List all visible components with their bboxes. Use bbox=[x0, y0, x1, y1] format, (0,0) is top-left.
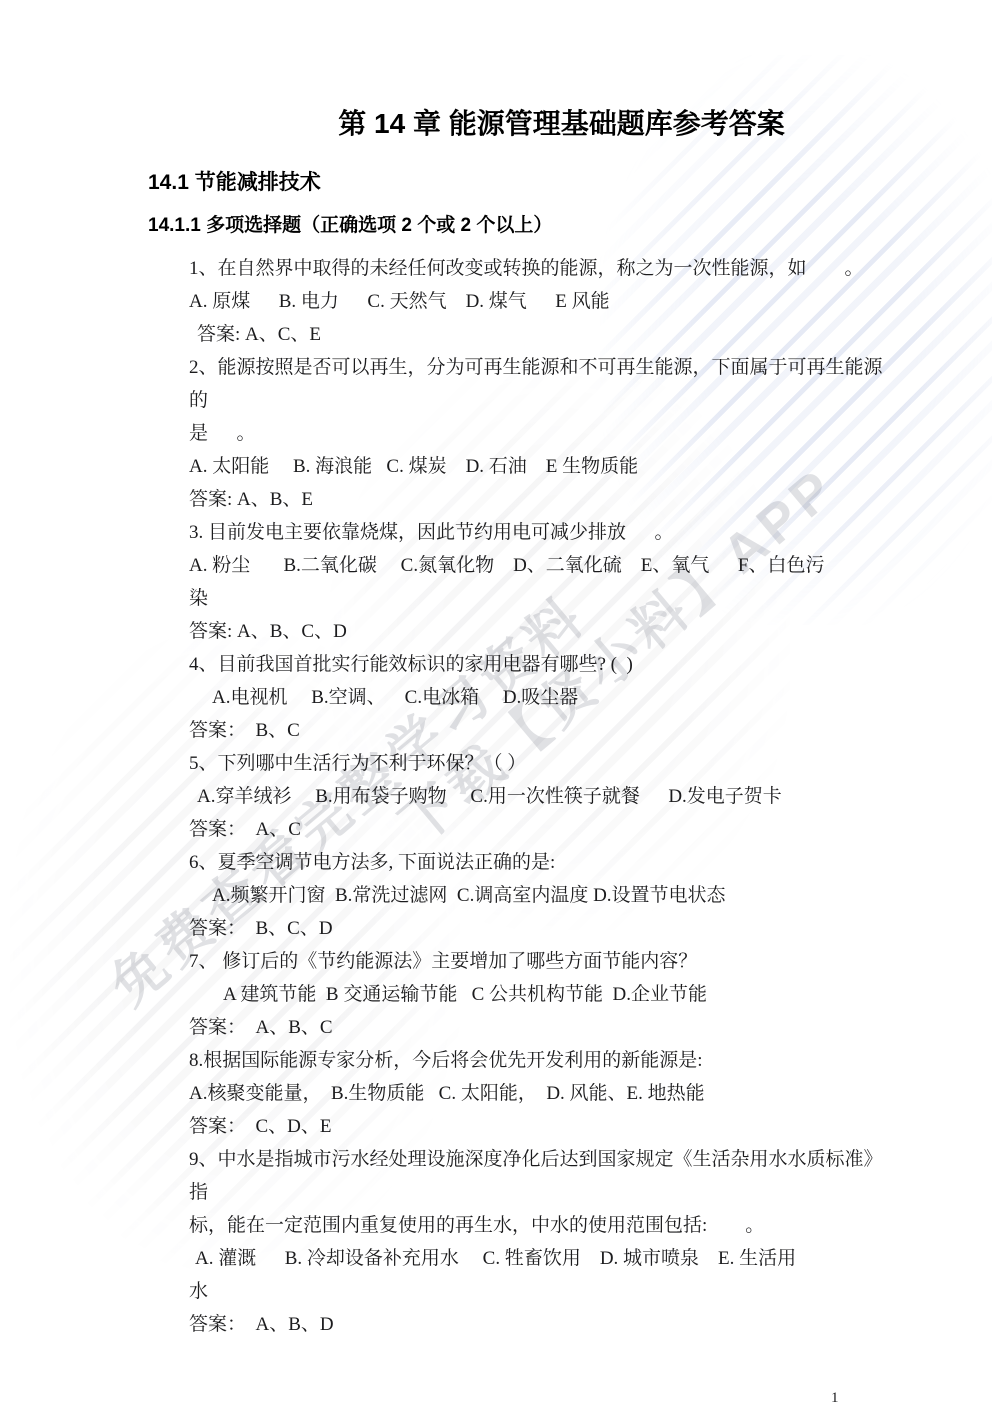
answer-line: 答案: A、B、C、D bbox=[189, 615, 889, 648]
options-line: A. 粉尘 B.二氧化碳 C.氮氧化物 D、二氧化硫 E、氧气 F、白色污 bbox=[189, 549, 889, 582]
answer-line: 答案: A、C、E bbox=[189, 318, 889, 351]
question-text: 5、下列哪中生活行为不利于环保？（ ） bbox=[189, 747, 889, 780]
options-line: A. 原煤 B. 电力 C. 天然气 D. 煤气 E 风能 bbox=[189, 285, 889, 318]
options-line: A.穿羊绒衫 B.用布袋子购物 C.用一次性筷子就餐 D.发电子贺卡 bbox=[189, 780, 889, 813]
answer-line: 答案： B、C bbox=[189, 714, 889, 747]
question-text: 7、 修订后的《节约能源法》主要增加了哪些方面节能内容？ bbox=[189, 945, 889, 978]
question-3: 3. 目前发电主要依靠烧煤，因此节约用电可减少排放 。 A. 粉尘 B.二氧化碳… bbox=[189, 516, 889, 648]
question-text: 1、在自然界中取得的未经任何改变或转换的能源，称之为一次性能源，如 。 bbox=[189, 252, 889, 285]
options-line: A.核聚变能量， B.生物质能 C. 太阳能， D. 风能、E. 地热能 bbox=[189, 1077, 889, 1110]
options-line-continued: 水 bbox=[189, 1275, 889, 1308]
question-8: 8.根据国际能源专家分析，今后将会优先开发利用的新能源是: A.核聚变能量， B… bbox=[189, 1044, 889, 1143]
options-line-continued: 染 bbox=[189, 582, 889, 615]
question-text: 3. 目前发电主要依靠烧煤，因此节约用电可减少排放 。 bbox=[189, 516, 889, 549]
options-line: A. 灌溉 B. 冷却设备补充用水 C. 牲畜饮用 D. 城市喷泉 E. 生活用 bbox=[189, 1242, 889, 1275]
options-line: A. 太阳能 B. 海浪能 C. 煤炭 D. 石油 E 生物质能 bbox=[189, 450, 889, 483]
question-9: 9、中水是指城市污水经处理设施深度净化后达到国家规定《生活杂用水水质标准》指 标… bbox=[189, 1143, 889, 1341]
question-text-continued: 是 。 bbox=[189, 417, 889, 450]
question-text: 4、目前我国首批实行能效标识的家用电器有哪些? ( ) bbox=[189, 648, 889, 681]
section-heading: 14.1 节能减排技术 bbox=[148, 168, 992, 198]
answer-line: 答案： B、C、D bbox=[189, 912, 889, 945]
question-5: 5、下列哪中生活行为不利于环保？（ ） A.穿羊绒衫 B.用布袋子购物 C.用一… bbox=[189, 747, 889, 846]
answer-line: 答案： A、B、C bbox=[189, 1011, 889, 1044]
question-4: 4、目前我国首批实行能效标识的家用电器有哪些? ( ) A.电视机 B.空调、 … bbox=[189, 648, 889, 747]
question-6: 6、夏季空调节电方法多, 下面说法正确的是: A.频繁开门窗 B.常洗过滤网 C… bbox=[189, 846, 889, 945]
options-line: A.频繁开门窗 B.常洗过滤网 C.调高室内温度 D.设置节电状态 bbox=[189, 879, 889, 912]
options-line: A 建筑节能 B 交通运输节能 C 公共机构节能 D.企业节能 bbox=[189, 978, 889, 1011]
page-number: 1 bbox=[831, 1388, 839, 1403]
answer-line: 答案： C、D、E bbox=[189, 1110, 889, 1143]
answer-line: 答案: A、B、E bbox=[189, 483, 889, 516]
question-text: 2、能源按照是否可以再生，分为可再生能源和不可再生能源，下面属于可再生能源的 bbox=[189, 351, 889, 417]
question-7: 7、 修订后的《节约能源法》主要增加了哪些方面节能内容？ A 建筑节能 B 交通… bbox=[189, 945, 889, 1044]
question-list: 1、在自然界中取得的未经任何改变或转换的能源，称之为一次性能源，如 。 A. 原… bbox=[189, 252, 889, 1341]
question-2: 2、能源按照是否可以再生，分为可再生能源和不可再生能源，下面属于可再生能源的 是… bbox=[189, 351, 889, 516]
question-text: 8.根据国际能源专家分析，今后将会优先开发利用的新能源是: bbox=[189, 1044, 889, 1077]
answer-line: 答案： A、C bbox=[189, 813, 889, 846]
answer-line: 答案： A、B、D bbox=[189, 1308, 889, 1341]
document-content: 第 14 章 能源管理基础题库参考答案 14.1 节能减排技术 14.1.1 多… bbox=[0, 104, 992, 1341]
document-page: 免费查看完整学习资料 下载【贤小料】APP 第 14 章 能源管理基础题库参考答… bbox=[0, 0, 992, 1403]
question-text: 9、中水是指城市污水经处理设施深度净化后达到国家规定《生活杂用水水质标准》指 bbox=[189, 1143, 889, 1209]
options-line: A.电视机 B.空调、 C.电冰箱 D.吸尘器 bbox=[189, 681, 889, 714]
question-1: 1、在自然界中取得的未经任何改变或转换的能源，称之为一次性能源，如 。 A. 原… bbox=[189, 252, 889, 351]
question-text: 6、夏季空调节电方法多, 下面说法正确的是: bbox=[189, 846, 889, 879]
question-text-continued: 标，能在一定范围内重复使用的再生水，中水的使用范围包括: 。 bbox=[189, 1209, 889, 1242]
page-title: 第 14 章 能源管理基础题库参考答案 bbox=[148, 104, 975, 144]
subsection-heading: 14.1.1 多项选择题（正确选项 2 个或 2 个以上） bbox=[148, 212, 992, 240]
